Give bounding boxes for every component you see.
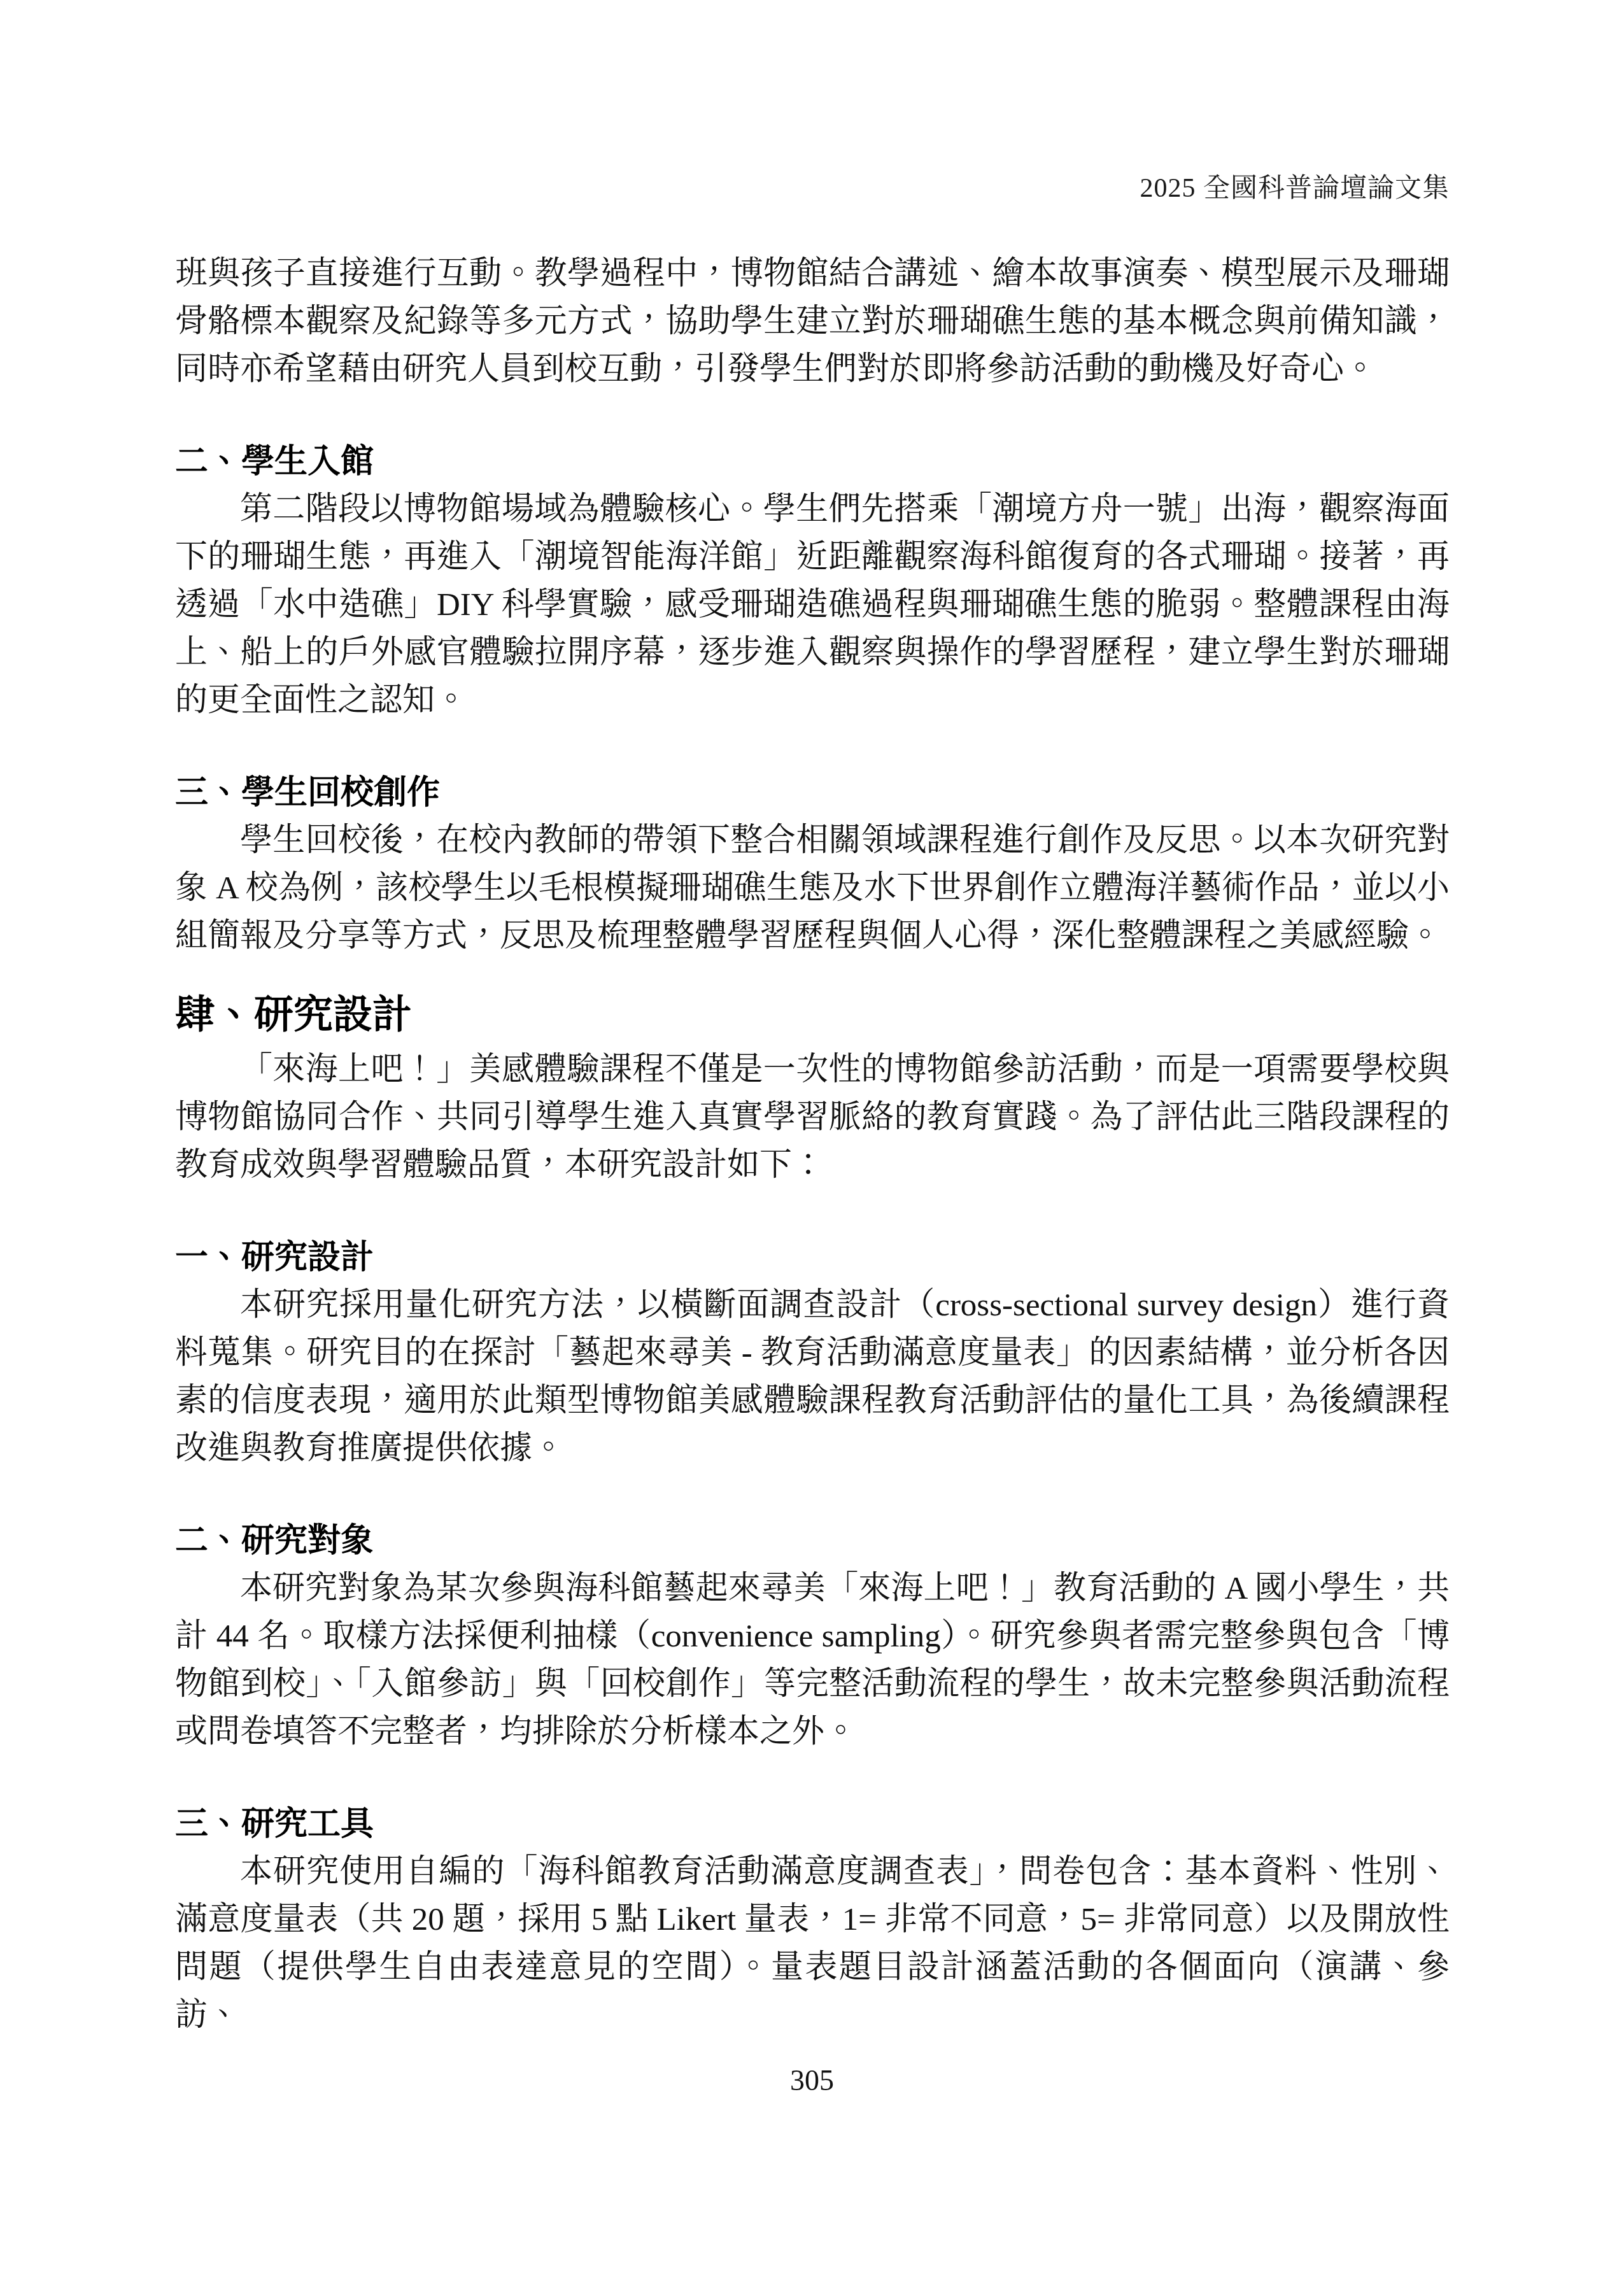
section-heading-research-subjects: 二、研究對象 <box>175 1517 1450 1565</box>
paragraph-research-subjects: 本研究對象為某次參與海科館藝起來尋美「來海上吧！」教育活動的 A 國小學生，共計… <box>175 1565 1450 1756</box>
paragraph-student-museum-entry: 第二階段以博物館場域為體驗核心。學生們先搭乘「潮境方舟一號」出海，觀察海面下的珊… <box>175 486 1450 725</box>
paragraph-research-design-intro: 「來海上吧！」美感體驗課程不僅是一次性的博物館參訪活動，而是一項需要學校與博物館… <box>175 1046 1450 1189</box>
paragraph-back-to-school-creation: 學生回校後，在校內教師的帶領下整合相關領域課程進行創作及反思。以本次研究對象 A… <box>175 817 1450 960</box>
paragraph-research-instruments: 本研究使用自編的「海科館教育活動滿意度調查表」，問卷包含：基本資料、性別、滿意度… <box>175 1848 1450 2039</box>
section-heading-research-instruments: 三、研究工具 <box>175 1800 1450 1848</box>
document-page: 2025 全國科普論壇論文集 班與孩子直接進行互動。教學過程中，博物館結合講述、… <box>0 0 1624 2278</box>
chapter-heading-research-design: 肆、研究設計 <box>175 986 1450 1046</box>
paragraph-research-design-method: 本研究採用量化研究方法，以橫斷面調查設計（cross-sectional sur… <box>175 1282 1450 1473</box>
paragraph-continuation-museum-to-school: 班與孩子直接進行互動。教學過程中，博物館結合講述、繪本故事演奏、模型展示及珊瑚骨… <box>175 250 1450 393</box>
section-heading-research-design: 一、研究設計 <box>175 1234 1450 1282</box>
running-header: 2025 全國科普論壇論文集 <box>175 173 1450 204</box>
section-heading-student-museum-entry: 二、學生入館 <box>175 438 1450 486</box>
section-heading-back-to-school-creation: 三、學生回校創作 <box>175 769 1450 817</box>
page-number: 305 <box>0 2062 1624 2100</box>
